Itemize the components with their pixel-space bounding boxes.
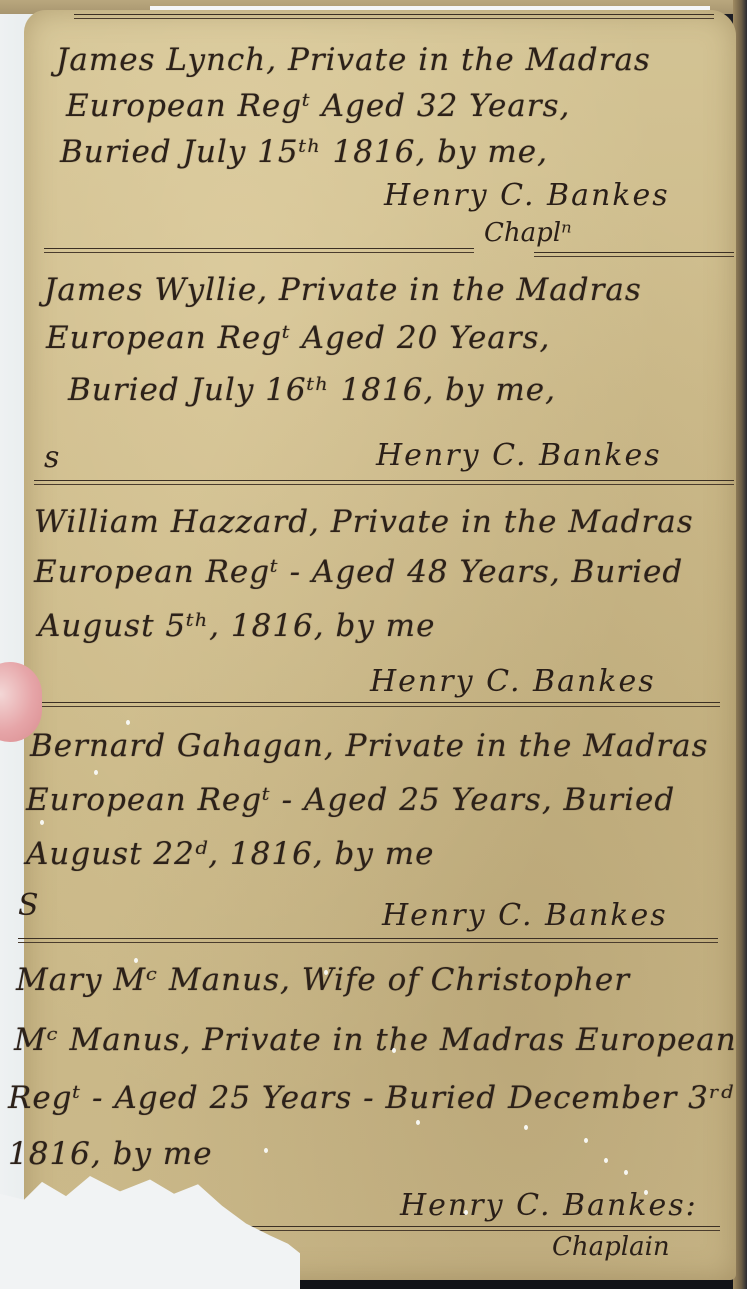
margin-mark: S [18,888,39,923]
entry-line: James Wyllie, Private in the Madras [44,272,642,308]
chaplain-signature: Henry C. Bankes [376,438,662,473]
entry-line: Mary Mᶜ Manus, Wife of Christopher [16,962,630,998]
chaplain-signature: Henry C. Bankes [384,178,670,213]
chaplain-title: Chaplⁿ [484,218,572,248]
entry-divider [30,702,720,703]
chaplain-signature: Henry C. Bankes: [400,1188,698,1223]
entry-line: 1816, by me [8,1136,213,1172]
entry-divider [44,248,474,249]
chaplain-signature: Henry C. Bankes [382,898,668,933]
entry-line: European Regᵗ Aged 20 Years, [46,320,550,356]
entry-line: James Lynch, Private in the Madras [56,42,651,78]
entry-line: William Hazzard, Private in the Madras [34,504,694,540]
register-page: James Lynch, Private in the Madras Europ… [24,10,736,1280]
entry-line: Mᶜ Manus, Private in the Madras European [14,1022,737,1058]
entry-line: August 22ᵈ, 1816, by me [26,836,435,872]
entry-line: Buried July 15ᵗʰ 1816, by me, [60,134,548,170]
entry-line: Bernard Gahagan, Private in the Madras [30,728,708,764]
margin-mark: s [44,440,59,475]
entry-divider [534,252,734,253]
entry-line: Regᵗ - Aged 25 Years - Buried December 3… [8,1080,734,1116]
entry-divider [34,480,734,481]
entry-divider [18,938,718,939]
top-rule [74,14,714,15]
entry-line: August 5ᵗʰ, 1816, by me [38,608,435,644]
entry-line: European Regᵗ - Aged 25 Years, Buried [26,782,675,818]
entry-line: European Regᵗ - Aged 48 Years, Buried [34,554,683,590]
entry-line: Buried July 16ᵗʰ 1816, by me, [68,372,556,408]
chaplain-title: Chaplain [552,1232,670,1262]
chaplain-signature: Henry C. Bankes [370,664,656,699]
closing-rule [240,1226,720,1227]
entry-line: European Regᵗ Aged 32 Years, [66,88,570,124]
